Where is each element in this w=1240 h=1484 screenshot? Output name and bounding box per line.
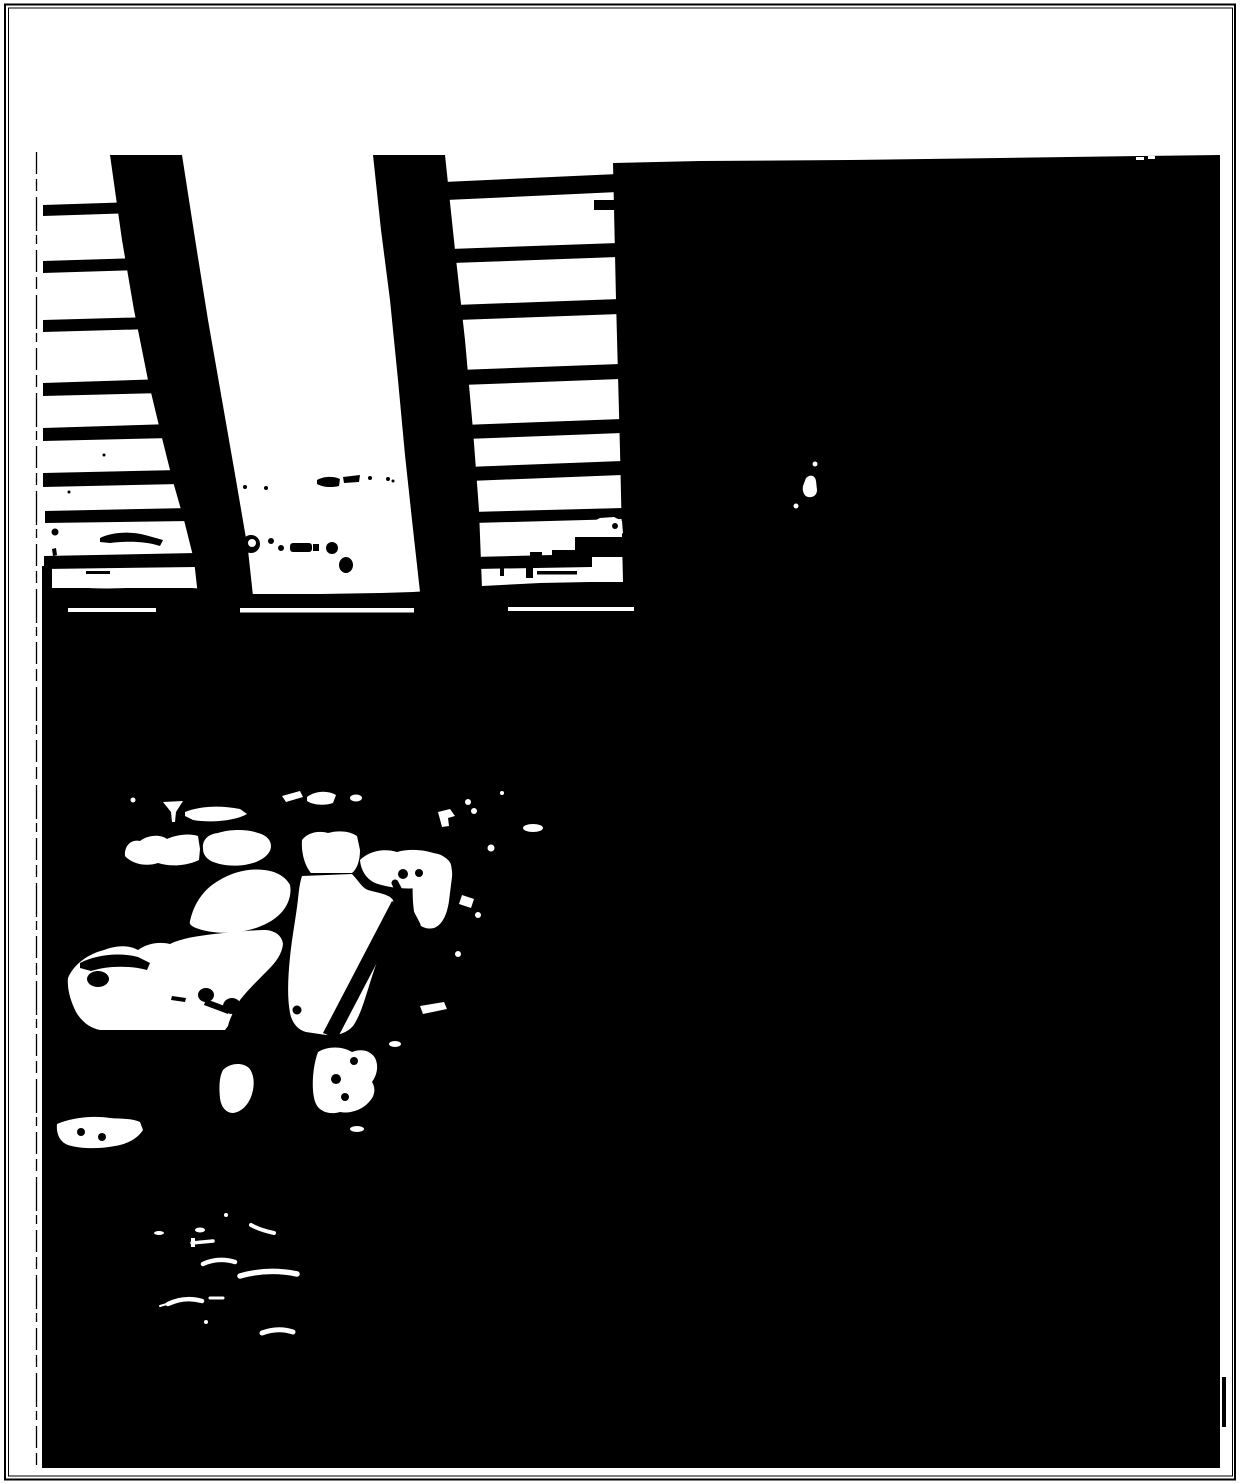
skyline-dot-3 (392, 480, 395, 483)
band-dot-2 (103, 454, 106, 457)
wall-top-nick-2 (1148, 156, 1155, 159)
speck-dash-4 (523, 824, 543, 832)
speck-dash-3 (350, 795, 362, 802)
wall-stub (594, 200, 616, 210)
sky-object-dot-2 (278, 545, 284, 551)
blob-low-right (313, 1048, 377, 1114)
band-dot-1 (52, 529, 59, 536)
slab-dot-1 (77, 1128, 85, 1136)
speck-2 (465, 799, 471, 805)
speck-1 (131, 798, 136, 803)
sky-object-ring-hole (248, 539, 256, 547)
left-lumpy-band (52, 570, 188, 589)
low-right-hole-2 (350, 1057, 358, 1065)
sky-object-dot-3 (326, 542, 338, 554)
speck-8 (455, 951, 461, 957)
wall-highlight-dot-2 (794, 504, 799, 509)
arm-hole-2 (415, 869, 423, 877)
speck-dash-7 (350, 1126, 364, 1132)
speck-4 (500, 791, 504, 795)
slab-dot-2 (98, 1133, 106, 1141)
louver-step-3 (575, 537, 623, 557)
floor-line-seg-3 (508, 607, 634, 611)
low-right-hole-1 (331, 1074, 341, 1084)
floor-dot-1 (224, 1213, 228, 1217)
body-dot (293, 1006, 302, 1015)
right-slat-inner-line (537, 571, 577, 575)
sky-object-bar-1 (290, 543, 312, 552)
sky-object-blob (339, 557, 353, 573)
skyline-dot-4 (243, 485, 247, 489)
floor-dot-2 (204, 1320, 208, 1324)
low-right-hole-3 (341, 1093, 349, 1101)
speck-3 (471, 808, 477, 814)
speck-dash-6 (389, 1041, 401, 1047)
floor-dash-2 (154, 1231, 164, 1235)
sky-object-dot-1 (268, 538, 274, 544)
band-dot-3 (68, 491, 71, 494)
wall-top-nick-1 (1136, 157, 1144, 160)
floor-dash-3 (192, 1241, 213, 1243)
scanned-figure-page (0, 0, 1240, 1484)
boat-hole (87, 971, 109, 987)
speck-5 (488, 845, 495, 852)
right-slat-nick-2 (526, 566, 533, 578)
wall-edge-bump-dot (612, 523, 618, 529)
left-corner-fill (42, 566, 52, 590)
arm-hole-1 (398, 869, 408, 879)
margin-dash (1222, 1377, 1226, 1427)
floor-dash-1 (195, 1228, 205, 1233)
skyline-dot-1 (368, 476, 372, 480)
speck-7 (475, 912, 481, 918)
band-smudge (86, 571, 110, 574)
figure-photo-svg (0, 0, 1240, 1484)
skyline-dot-2 (386, 477, 390, 481)
right-slat-nick-1 (500, 566, 504, 576)
floor-line-seg-1 (68, 608, 156, 612)
skyline-dot-5 (264, 486, 268, 490)
sky-object-bar-2 (313, 544, 319, 551)
wall-highlight-dot-1 (813, 462, 818, 467)
floor-tick (191, 1238, 195, 1247)
floor-line-seg-2 (240, 608, 414, 613)
blob-top-block (302, 831, 360, 873)
